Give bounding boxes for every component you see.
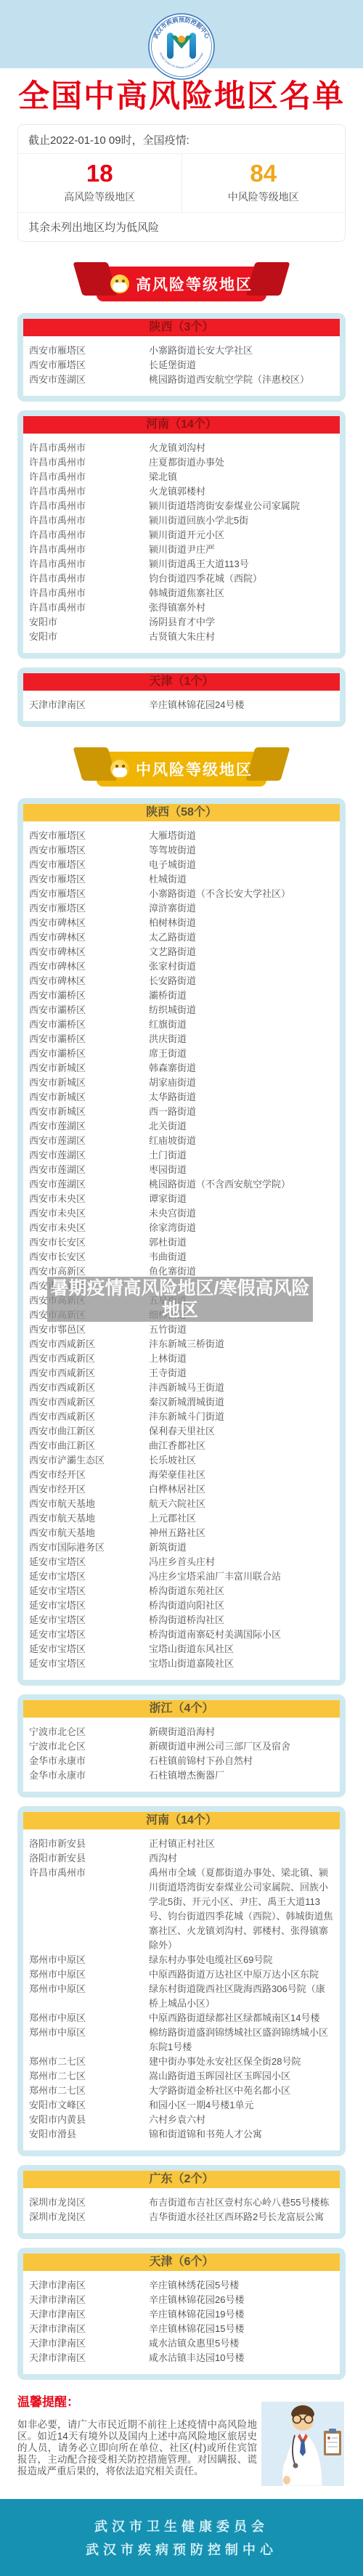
row-district: 许昌市禹州市 <box>29 572 149 586</box>
row-district: 西安市碑林区 <box>29 916 149 930</box>
row-district: 郑州市中原区 <box>29 1953 149 1967</box>
row-district: 许昌市禹州市 <box>29 1866 149 1953</box>
row-district: 西安市未央区 <box>29 1206 149 1221</box>
row-district: 天津市津南区 <box>29 2293 149 2307</box>
row-district: 西安市雁塔区 <box>29 358 149 373</box>
row-district: 郑州市中原区 <box>29 2011 149 2026</box>
row-district: 西安市雁塔区 <box>29 344 149 358</box>
row-district: 西安市西咸新区 <box>29 1381 149 1395</box>
risk-area-row: 延安市宝塔区桥沟街道南寨砭村美满国际小区 <box>29 1628 334 1642</box>
province-box: 广东（2个）深圳市龙岗区布吉街道布吉社区壹村东心岭八巷55号楼栋深圳市龙岗区吉华… <box>17 2165 346 2239</box>
row-area: 韩森寨街道 <box>149 1061 334 1076</box>
risk-area-row: 许昌市禹州市庄夏都街道办事处 <box>29 455 334 470</box>
risk-area-row: 西安市灞桥区席王街道 <box>29 1047 334 1061</box>
row-area: 新碶街道申洲公司三部厂区及宿舍 <box>149 1739 334 1754</box>
risk-area-row: 西安市浐灞生态区长乐坡社区 <box>29 1453 334 1468</box>
row-district: 西安市经开区 <box>29 1468 149 1482</box>
row-area: 新筑街道 <box>149 1540 334 1555</box>
row-area: 上元郡社区 <box>149 1511 334 1526</box>
row-area: 桥沟街道南寨砭村美满国际小区 <box>149 1628 334 1642</box>
risk-area-row: 延安市宝塔区冯庄乡首头庄村 <box>29 1555 334 1569</box>
row-area: 西沟村 <box>149 1851 334 1866</box>
risk-area-row: 西安市雁塔区漳浒寨街道 <box>29 901 334 916</box>
risk-area-row: 西安市雁塔区长延堡街道 <box>29 358 334 373</box>
risk-area-row: 西安市曲江新区曲江香都社区 <box>29 1439 334 1453</box>
high-risk-count: 18 <box>18 161 181 187</box>
risk-area-row: 天津市津南区咸水沽镇丰达园10号楼 <box>29 2351 334 2365</box>
row-district: 许昌市禹州市 <box>29 513 149 528</box>
row-district: 西安市新城区 <box>29 1061 149 1076</box>
risk-area-row: 郑州市中原区绿东村办事处电缆社区69号院 <box>29 1953 334 1967</box>
row-district: 深圳市龙岗区 <box>29 2195 149 2210</box>
reminder-section: 温馨提醒： 如非必要，请广大市民近期不前往上述疫情中高风险地区。如近14天有境外… <box>17 2392 346 2489</box>
risk-area-row: 西安市新城区韩森寨街道 <box>29 1061 334 1076</box>
row-district: 西安市航天基地 <box>29 1526 149 1540</box>
risk-area-row: 西安市灞桥区红旗街道 <box>29 1017 334 1032</box>
row-district: 西安市未央区 <box>29 1192 149 1206</box>
row-district: 金华市永康市 <box>29 1768 149 1783</box>
page-title: 全国中高风险地区名单 <box>0 80 363 114</box>
province-rows: 天津市津南区辛庄镇林绣花园5号楼天津市津南区辛庄镇林锦花园26号楼天津市津南区辛… <box>23 2271 340 2374</box>
row-area: 张家村街道 <box>149 959 334 974</box>
row-area: 小寨路街道长安大学社区 <box>149 344 334 358</box>
row-district: 西安市灞桥区 <box>29 1003 149 1017</box>
province-rows: 深圳市龙岗区布吉街道布吉社区壹村东心岭八巷55号楼栋深圳市龙岗区吉华街道水径社区… <box>23 2188 340 2233</box>
province-rows: 许昌市禹州市火龙镇刘沟村许昌市禹州市庄夏都街道办事处许昌市禹州市梁北镇许昌市禹州… <box>23 434 340 653</box>
row-district: 西安市曲江新区 <box>29 1439 149 1453</box>
risk-area-row: 天津市津南区辛庄镇林绣花园5号楼 <box>29 2278 334 2293</box>
risk-area-row: 郑州市中原区绿东村街道陇西社区陇海西路306号院（康桥上城品小区） <box>29 1982 334 2011</box>
row-district: 西安市西咸新区 <box>29 1337 149 1352</box>
mid-risk-label: 中风险等级地区 <box>182 190 346 204</box>
row-area: 灞桥街道 <box>149 988 334 1003</box>
row-district: 安阳市 <box>29 630 149 644</box>
row-district: 郑州市中原区 <box>29 2026 149 2055</box>
risk-area-row: 西安市雁塔区等驾坡街道 <box>29 843 334 858</box>
risk-area-row: 西安市碑林区太乙路街道 <box>29 930 334 945</box>
risk-area-row: 许昌市禹州市颍川街道塔湾街安泰煤业公司家属院 <box>29 499 334 513</box>
row-district: 深圳市龙岗区 <box>29 2210 149 2224</box>
province-header: 天津（6个） <box>23 2254 340 2271</box>
risk-area-row: 郑州市二七区嵩山路街道玉晖园社区玉晖园小区 <box>29 2069 334 2084</box>
risk-area-row: 许昌市禹州市钧台街道四季花城（西院） <box>29 572 334 586</box>
row-district: 西安市雁塔区 <box>29 858 149 872</box>
row-area: 郭杜街道 <box>149 1235 334 1250</box>
risk-area-row: 深圳市龙岗区吉华街道水径社区西环路2号长龙富辰公寓 <box>29 2210 334 2224</box>
row-area: 长延堡街道 <box>149 358 334 373</box>
risk-area-row: 西安市雁塔区小寨路街道（不含长安大学社区） <box>29 887 334 901</box>
stats-footnote: 其余未列出地区均为低风险 <box>18 212 345 241</box>
risk-area-row: 西安市莲湖区红庙坡街道 <box>29 1134 334 1148</box>
row-area: 沣东新城斗门街道 <box>149 1410 334 1424</box>
row-area: 正村镇正村社区 <box>149 1837 334 1851</box>
row-area: 大雁塔街道 <box>149 829 334 843</box>
row-area: 北关街道 <box>149 1119 334 1134</box>
risk-area-row: 西安市莲湖区北关街道 <box>29 1119 334 1134</box>
row-district: 西安市莲湖区 <box>29 1148 149 1163</box>
row-district: 天津市津南区 <box>29 2322 149 2336</box>
risk-area-row: 西安市西咸新区沣东新城斗门街道 <box>29 1410 334 1424</box>
risk-area-row: 西安市西咸新区上林街道 <box>29 1352 334 1366</box>
stats-row: 18 高风险等级地区 84 中风险等级地区 <box>18 154 345 211</box>
row-area: 太华路街道 <box>149 1090 334 1105</box>
row-area: 咸水沽镇丰达园10号楼 <box>149 2351 334 2365</box>
row-area: 布吉街道布吉社区壹村东心岭八巷55号楼栋 <box>149 2195 334 2210</box>
province-rows: 西安市雁塔区大雁塔街道西安市雁塔区等驾坡街道西安市雁塔区电子城街道西安市雁塔区杜… <box>23 821 340 1680</box>
row-district: 西安市碑林区 <box>29 930 149 945</box>
row-district: 许昌市禹州市 <box>29 528 149 543</box>
province-box: 河南（14个）许昌市禹州市火龙镇刘沟村许昌市禹州市庄夏都街道办事处许昌市禹州市梁… <box>17 410 346 659</box>
row-area: 冯庄乡宝塔采油厂丰富川联合站 <box>149 1569 334 1584</box>
risk-area-row: 安阳市汤阴县育才中学 <box>29 615 334 630</box>
row-district: 西安市雁塔区 <box>29 829 149 843</box>
row-district: 天津市津南区 <box>29 2278 149 2293</box>
row-district: 天津市津南区 <box>29 2336 149 2351</box>
row-area: 桃园路街道西安航空学院（沣惠校区） <box>149 373 334 387</box>
row-district: 西安市碑林区 <box>29 959 149 974</box>
row-area: 锦和街道锦和书苑人才公寓 <box>149 2127 334 2142</box>
row-area: 辛庄镇林锦花园26号楼 <box>149 2293 334 2307</box>
row-district: 西安市经开区 <box>29 1482 149 1497</box>
row-district: 西安市莲湖区 <box>29 1163 149 1177</box>
row-district: 西安市西咸新区 <box>29 1395 149 1410</box>
risk-area-row: 许昌市禹州市颍川街道禹王大道113号 <box>29 557 334 572</box>
row-district: 许昌市禹州市 <box>29 543 149 557</box>
row-district: 延安市宝塔区 <box>29 1657 149 1671</box>
province-box: 河南（14个）洛阳市新安县正村镇正村社区洛阳市新安县西沟村许昌市禹州市禹州市全域… <box>17 1806 346 2156</box>
row-district: 西安市莲湖区 <box>29 1177 149 1192</box>
risk-area-row: 西安市碑林区长安路街道 <box>29 974 334 988</box>
row-area: 白桦林居社区 <box>149 1482 334 1497</box>
row-area: 汤阴县育才中学 <box>149 615 334 630</box>
row-area: 绿东村街道陇西社区陇海西路306号院（康桥上城品小区） <box>149 1982 334 2011</box>
row-district: 延安市宝塔区 <box>29 1642 149 1657</box>
risk-area-row: 宁波市北仑区新碶街道申洲公司三部厂区及宿舍 <box>29 1739 334 1754</box>
risk-area-row: 西安市灞桥区灞桥街道 <box>29 988 334 1003</box>
row-district: 郑州市二七区 <box>29 2084 149 2098</box>
risk-area-row: 西安市长安区韦曲街道 <box>29 1250 334 1264</box>
row-area: 颍川街道塔湾街安泰煤业公司家属院 <box>149 499 334 513</box>
province-panel: 河南（14个）洛阳市新安县正村镇正村社区洛阳市新安县西沟村许昌市禹州市禹州市全域… <box>23 1812 340 2150</box>
row-area: 桥沟街道向阳社区 <box>149 1598 334 1613</box>
row-district: 许昌市禹州市 <box>29 455 149 470</box>
risk-area-row: 天津市津南区辛庄镇林锦花园19号楼 <box>29 2307 334 2322</box>
row-district: 安阳市内黄县 <box>29 2113 149 2127</box>
risk-area-row: 许昌市禹州市颍川街道回族小学北5街 <box>29 513 334 528</box>
row-district: 西安市浐灞生态区 <box>29 1453 149 1468</box>
province-panel: 天津（6个）天津市津南区辛庄镇林绣花园5号楼天津市津南区辛庄镇林锦花园26号楼天… <box>23 2254 340 2374</box>
row-area: 新碶街道沿海村 <box>149 1725 334 1739</box>
risk-area-row: 深圳市龙岗区布吉街道布吉社区壹村东心岭八巷55号楼栋 <box>29 2195 334 2210</box>
row-area: 红旗街道 <box>149 1017 334 1032</box>
province-header: 广东（2个） <box>23 2171 340 2188</box>
watermark-overlay: 暑期疫情高风险地区/寒假高风险地区 <box>47 1277 313 1322</box>
row-area: 航天六院社区 <box>149 1497 334 1511</box>
risk-area-row: 延安市宝塔区冯庄乡宝塔采油厂丰富川联合站 <box>29 1569 334 1584</box>
footer-band: 武汉市卫生健康委员会 武汉市疾病预防控制中心 <box>0 2499 363 2576</box>
risk-area-row: 西安市西咸新区沣西新城马王街道 <box>29 1381 334 1395</box>
row-area: 漳浒寨街道 <box>149 901 334 916</box>
risk-area-row: 西安市西咸新区王寺街道 <box>29 1366 334 1381</box>
row-district: 西安市新城区 <box>29 1090 149 1105</box>
risk-area-row: 西安市鄠邑区五竹街道 <box>29 1322 334 1337</box>
row-area: 沣东新城三桥街道 <box>149 1337 334 1352</box>
row-area: 五竹街道 <box>149 1322 334 1337</box>
stats-card: 截止2022-01-10 09时，全国疫情: 18 高风险等级地区 84 中风险… <box>17 124 346 241</box>
row-district: 宁波市北仑区 <box>29 1725 149 1739</box>
risk-area-row: 西安市碑林区柏树林街道 <box>29 916 334 930</box>
row-district: 金华市永康市 <box>29 1754 149 1768</box>
cdc-logo: 武汉市疾病预防控制中心 Wuhan Center For Disease Con… <box>148 13 215 80</box>
row-district: 天津市津南区 <box>29 698 149 712</box>
row-area: 石柱镇增杰衡器厂 <box>149 1768 334 1783</box>
row-area: 张得镇寨外村 <box>149 601 334 615</box>
risk-area-row: 西安市未央区徐家湾街道 <box>29 1221 334 1235</box>
mid-risk-count: 84 <box>182 161 346 187</box>
row-district: 延安市宝塔区 <box>29 1555 149 1569</box>
risk-banner-label: 中风险等级地区 <box>136 758 253 780</box>
row-area: 文艺路街道 <box>149 945 334 959</box>
row-district: 郑州市二七区 <box>29 2069 149 2084</box>
row-area: 辛庄镇林锦花园19号楼 <box>149 2307 334 2322</box>
row-district: 西安市航天基地 <box>29 1511 149 1526</box>
row-area: 建中街办事处永安社区保全街28号院 <box>149 2055 334 2069</box>
mask-face-icon <box>110 275 129 293</box>
province-panel: 河南（14个）许昌市禹州市火龙镇刘沟村许昌市禹州市庄夏都街道办事处许昌市禹州市梁… <box>23 416 340 653</box>
high-risk-banner: 高风险等级地区 <box>97 267 266 301</box>
row-district: 西安市灞桥区 <box>29 988 149 1003</box>
row-district: 许昌市禹州市 <box>29 499 149 513</box>
risk-area-row: 西安市新城区胡家庙街道 <box>29 1076 334 1090</box>
row-district: 宁波市北仑区 <box>29 1739 149 1754</box>
row-district: 西安市碑林区 <box>29 945 149 959</box>
row-district: 西安市灞桥区 <box>29 1032 149 1047</box>
row-district: 西安市西咸新区 <box>29 1366 149 1381</box>
row-area: 火龙镇刘沟村 <box>149 441 334 455</box>
risk-area-row: 西安市西咸新区沣东新城三桥街道 <box>29 1337 334 1352</box>
risk-area-row: 许昌市禹州市梁北镇 <box>29 470 334 484</box>
row-district: 西安市国际港务区 <box>29 1540 149 1555</box>
risk-area-row: 西安市莲湖区土门街道 <box>29 1148 334 1163</box>
row-area: 洪庆街道 <box>149 1032 334 1047</box>
row-district: 延安市宝塔区 <box>29 1628 149 1642</box>
risk-area-row: 西安市曲江新区保利春天里社区 <box>29 1424 334 1439</box>
row-district: 西安市雁塔区 <box>29 843 149 858</box>
risk-area-row: 西安市航天基地神州五路社区 <box>29 1526 334 1540</box>
row-area: 梁北镇 <box>149 470 334 484</box>
risk-area-row: 洛阳市新安县正村镇正村社区 <box>29 1837 334 1851</box>
province-panel: 浙江（4个）宁波市北仑区新碶街道沿海村宁波市北仑区新碶街道申洲公司三部厂区及宿舍… <box>23 1700 340 1792</box>
risk-area-row: 安阳市文峰区和园小区一期4号楼1单元 <box>29 2098 334 2113</box>
stats-caption: 截止2022-01-10 09时，全国疫情: <box>18 125 345 154</box>
row-district: 西安市西咸新区 <box>29 1352 149 1366</box>
risk-area-row: 西安市新城区太华路街道 <box>29 1090 334 1105</box>
risk-area-row: 西安市碑林区张家村街道 <box>29 959 334 974</box>
risk-area-row: 西安市雁塔区小寨路街道长安大学社区 <box>29 344 334 358</box>
risk-area-row: 西安市经开区海荣豪佳社区 <box>29 1468 334 1482</box>
risk-area-row: 西安市雁塔区电子城街道 <box>29 858 334 872</box>
risk-area-row: 西安市灞桥区洪庆街道 <box>29 1032 334 1047</box>
row-area: 宝塔山街道东风社区 <box>149 1642 334 1657</box>
province-rows: 西安市雁塔区小寨路街道长安大学社区西安市雁塔区长延堡街道西安市莲湖区桃园路街道西… <box>23 336 340 396</box>
risk-area-row: 西安市航天基地上元郡社区 <box>29 1511 334 1526</box>
row-district: 延安市宝塔区 <box>29 1569 149 1584</box>
risk-area-row: 郑州市中原区棉纺路街道盛润锦绣城社区盛润锦绣城小区东院1号楼 <box>29 2026 334 2055</box>
risk-area-row: 西安市莲湖区桃园路街道西安航空学院（沣惠校区） <box>29 373 334 387</box>
risk-area-row: 许昌市禹州市火龙镇刘沟村 <box>29 441 334 455</box>
row-area: 太乙路街道 <box>149 930 334 945</box>
row-area: 辛庄镇林锦花园24号楼 <box>149 698 334 712</box>
province-panel: 天津（1个）天津市津南区辛庄镇林锦花园24号楼 <box>23 673 340 721</box>
province-box: 浙江（4个）宁波市北仑区新碶街道沿海村宁波市北仑区新碶街道申洲公司三部厂区及宿舍… <box>17 1694 346 1797</box>
row-district: 安阳市 <box>29 615 149 630</box>
risk-area-row: 延安市宝塔区宝塔山街道东风社区 <box>29 1642 334 1657</box>
risk-area-row: 西安市航天基地航天六院社区 <box>29 1497 334 1511</box>
row-area: 嵩山路街道玉晖园社区玉晖园小区 <box>149 2069 334 2084</box>
risk-banner-label: 高风险等级地区 <box>136 273 253 295</box>
row-area: 宝塔山街道嘉陵社区 <box>149 1657 334 1671</box>
cdc-logo-icon: 武汉市疾病预防控制中心 Wuhan Center For Disease Con… <box>148 13 215 80</box>
row-area: 等驾坡街道 <box>149 843 334 858</box>
row-area: 曲江香都社区 <box>149 1439 334 1453</box>
risk-area-row: 延安市宝塔区桥沟街道向阳社区 <box>29 1598 334 1613</box>
row-district: 西安市航天基地 <box>29 1497 149 1511</box>
row-district: 西安市曲江新区 <box>29 1424 149 1439</box>
row-district: 郑州市中原区 <box>29 1967 149 1982</box>
province-panel: 广东（2个）深圳市龙岗区布吉街道布吉社区壹村东心岭八巷55号楼栋深圳市龙岗区吉华… <box>23 2171 340 2233</box>
doctor-illustration <box>261 2402 344 2486</box>
row-area: 胡家庙街道 <box>149 1076 334 1090</box>
risk-area-row: 西安市国际港务区新筑街道 <box>29 1540 334 1555</box>
row-area: 庄夏都街道办事处 <box>149 455 334 470</box>
risk-area-row: 许昌市禹州市韩城街道焦寨社区 <box>29 586 334 601</box>
row-district: 西安市莲湖区 <box>29 1134 149 1148</box>
row-district: 许昌市禹州市 <box>29 470 149 484</box>
province-rows: 天津市津南区辛庄镇林锦花园24号楼 <box>23 691 340 721</box>
province-header: 陕西（3个） <box>23 319 340 336</box>
row-area: 席王街道 <box>149 1047 334 1061</box>
risk-area-row: 天津市津南区咸水沽镇众惠里5号楼 <box>29 2336 334 2351</box>
row-area: 颍川街道禹王大道113号 <box>149 557 334 572</box>
risk-area-row: 西安市雁塔区大雁塔街道 <box>29 829 334 843</box>
row-district: 西安市未央区 <box>29 1221 149 1235</box>
row-district: 西安市长安区 <box>29 1250 149 1264</box>
mid-risk-banner: 中风险等级地区 <box>97 752 266 787</box>
row-area: 冯庄乡首头庄村 <box>149 1555 334 1569</box>
row-area: 未央宫街道 <box>149 1206 334 1221</box>
row-district: 西安市灞桥区 <box>29 1017 149 1032</box>
row-district: 安阳市文峰区 <box>29 2098 149 2113</box>
row-district: 西安市新城区 <box>29 1076 149 1090</box>
risk-area-row: 天津市津南区辛庄镇林锦花园26号楼 <box>29 2293 334 2307</box>
row-district: 西安市鄠邑区 <box>29 1322 149 1337</box>
row-area: 徐家湾街道 <box>149 1221 334 1235</box>
risk-area-row: 许昌市禹州市颍川街道尹庄严 <box>29 543 334 557</box>
row-area: 绿东村办事处电缆社区69号院 <box>149 1953 334 1967</box>
row-district: 许昌市禹州市 <box>29 484 149 499</box>
row-area: 桥沟街道桥沟社区 <box>149 1613 334 1628</box>
row-area: 六村乡袁六村 <box>149 2113 334 2127</box>
row-area: 土门街道 <box>149 1148 334 1163</box>
province-header: 天津（1个） <box>23 673 340 691</box>
province-header: 河南（14个） <box>23 1812 340 1829</box>
province-box: 陕西（3个）西安市雁塔区小寨路街道长安大学社区西安市雁塔区长延堡街道西安市莲湖区… <box>17 313 346 402</box>
row-area: 辛庄镇林绣花园5号楼 <box>149 2278 334 2293</box>
row-district: 西安市莲湖区 <box>29 1119 149 1134</box>
risk-area-row: 许昌市禹州市颍川街道开元小区 <box>29 528 334 543</box>
row-area: 钧台街道四季花城（西院） <box>149 572 334 586</box>
row-area: 棉纺路街道盛润锦绣城社区盛润锦绣城小区东院1号楼 <box>149 2026 334 2055</box>
row-area: 火龙镇郭楼村 <box>149 484 334 499</box>
risk-area-row: 西安市长安区郭杜街道 <box>29 1235 334 1250</box>
top-band: 武汉市疾病预防控制中心 Wuhan Center For Disease Con… <box>0 0 363 68</box>
row-area: 禹州市全域（夏都街道办事处、梁北镇、颍川街道塔湾街安泰煤业公司家属院、回族小学北… <box>149 1866 334 1953</box>
risk-area-row: 郑州市中原区中原西路街道万达社区中原万达小区东院 <box>29 1967 334 1982</box>
row-district: 洛阳市新安县 <box>29 1851 149 1866</box>
risk-area-row: 西安市碑林区文艺路街道 <box>29 945 334 959</box>
row-district: 西安市雁塔区 <box>29 887 149 901</box>
row-district: 安阳市滑县 <box>29 2127 149 2142</box>
high-risk-label: 高风险等级地区 <box>18 190 181 204</box>
risk-area-row: 西安市经开区白桦林居社区 <box>29 1482 334 1497</box>
risk-area-row: 天津市津南区辛庄镇林锦花园24号楼 <box>29 698 334 712</box>
row-area: 枣园街道 <box>149 1163 334 1177</box>
row-area: 中原西路街道万达社区中原万达小区东院 <box>149 1967 334 1982</box>
row-area: 杜城街道 <box>149 872 334 887</box>
row-district: 洛阳市新安县 <box>29 1837 149 1851</box>
row-area: 吉华街道水径社区西环路2号长龙富辰公寓 <box>149 2210 334 2224</box>
row-area: 桥沟街道东苑社区 <box>149 1584 334 1598</box>
risk-area-row: 金华市永康市石柱镇增杰衡器厂 <box>29 1768 334 1783</box>
row-area: 大学路街道金桥社区中苑名都小区 <box>149 2084 334 2098</box>
row-district: 西安市灞桥区 <box>29 1047 149 1061</box>
province-header: 陕西（58个） <box>23 804 340 821</box>
stat-mid-risk: 84 中风险等级地区 <box>182 154 346 211</box>
row-area: 电子城街道 <box>149 858 334 872</box>
footer-org-line2: 武汉市疾病预防控制中心 <box>86 2540 277 2559</box>
province-panel: 陕西（58个）西安市雁塔区大雁塔街道西安市雁塔区等驾坡街道西安市雁塔区电子城街道… <box>23 804 340 1680</box>
row-district: 西安市雁塔区 <box>29 872 149 887</box>
risk-area-row: 安阳市滑县锦和街道锦和书苑人才公寓 <box>29 2127 334 2142</box>
row-district: 延安市宝塔区 <box>29 1613 149 1628</box>
infographic-page: 武汉市疾病预防控制中心 Wuhan Center For Disease Con… <box>0 0 363 2576</box>
risk-area-row: 许昌市禹州市火龙镇郭楼村 <box>29 484 334 499</box>
row-area: 古贤镇大朱庄村 <box>149 630 334 644</box>
row-area: 颍川街道回族小学北5街 <box>149 513 334 528</box>
risk-area-row: 西安市未央区未央宫街道 <box>29 1206 334 1221</box>
row-district: 西安市雁塔区 <box>29 901 149 916</box>
province-header: 河南（14个） <box>23 416 340 434</box>
stat-high-risk: 18 高风险等级地区 <box>18 154 182 211</box>
row-district: 许昌市禹州市 <box>29 586 149 601</box>
row-area: 中原西路街道绿都社区绿都城南区14号楼 <box>149 2011 334 2026</box>
province-box: 天津（6个）天津市津南区辛庄镇林绣花园5号楼天津市津南区辛庄镇林锦花园26号楼天… <box>17 2248 346 2380</box>
row-area: 红庙坡街道 <box>149 1134 334 1148</box>
risk-area-row: 西安市新城区西一路街道 <box>29 1105 334 1119</box>
province-rows: 洛阳市新安县正村镇正村社区洛阳市新安县西沟村许昌市禹州市禹州市全域（夏都街道办事… <box>23 1829 340 2150</box>
row-area: 保利春天里社区 <box>149 1424 334 1439</box>
row-area: 咸水沽镇众惠里5号楼 <box>149 2336 334 2351</box>
row-district: 许昌市禹州市 <box>29 441 149 455</box>
row-area: 和园小区一期4号楼1单元 <box>149 2098 334 2113</box>
row-area: 长安路街道 <box>149 974 334 988</box>
risk-area-row: 安阳市内黄县六村乡袁六村 <box>29 2113 334 2127</box>
row-area: 王寺街道 <box>149 1366 334 1381</box>
row-district: 西安市莲湖区 <box>29 373 149 387</box>
reminder-body: 如非必要，请广大市民近期不前往上述疫情中高风险地区。如近14天有境外以及国内上述… <box>17 2419 257 2477</box>
province-header: 浙江（4个） <box>23 1700 340 1718</box>
row-area: 桃园路街道（不含西安航空学院） <box>149 1177 334 1192</box>
